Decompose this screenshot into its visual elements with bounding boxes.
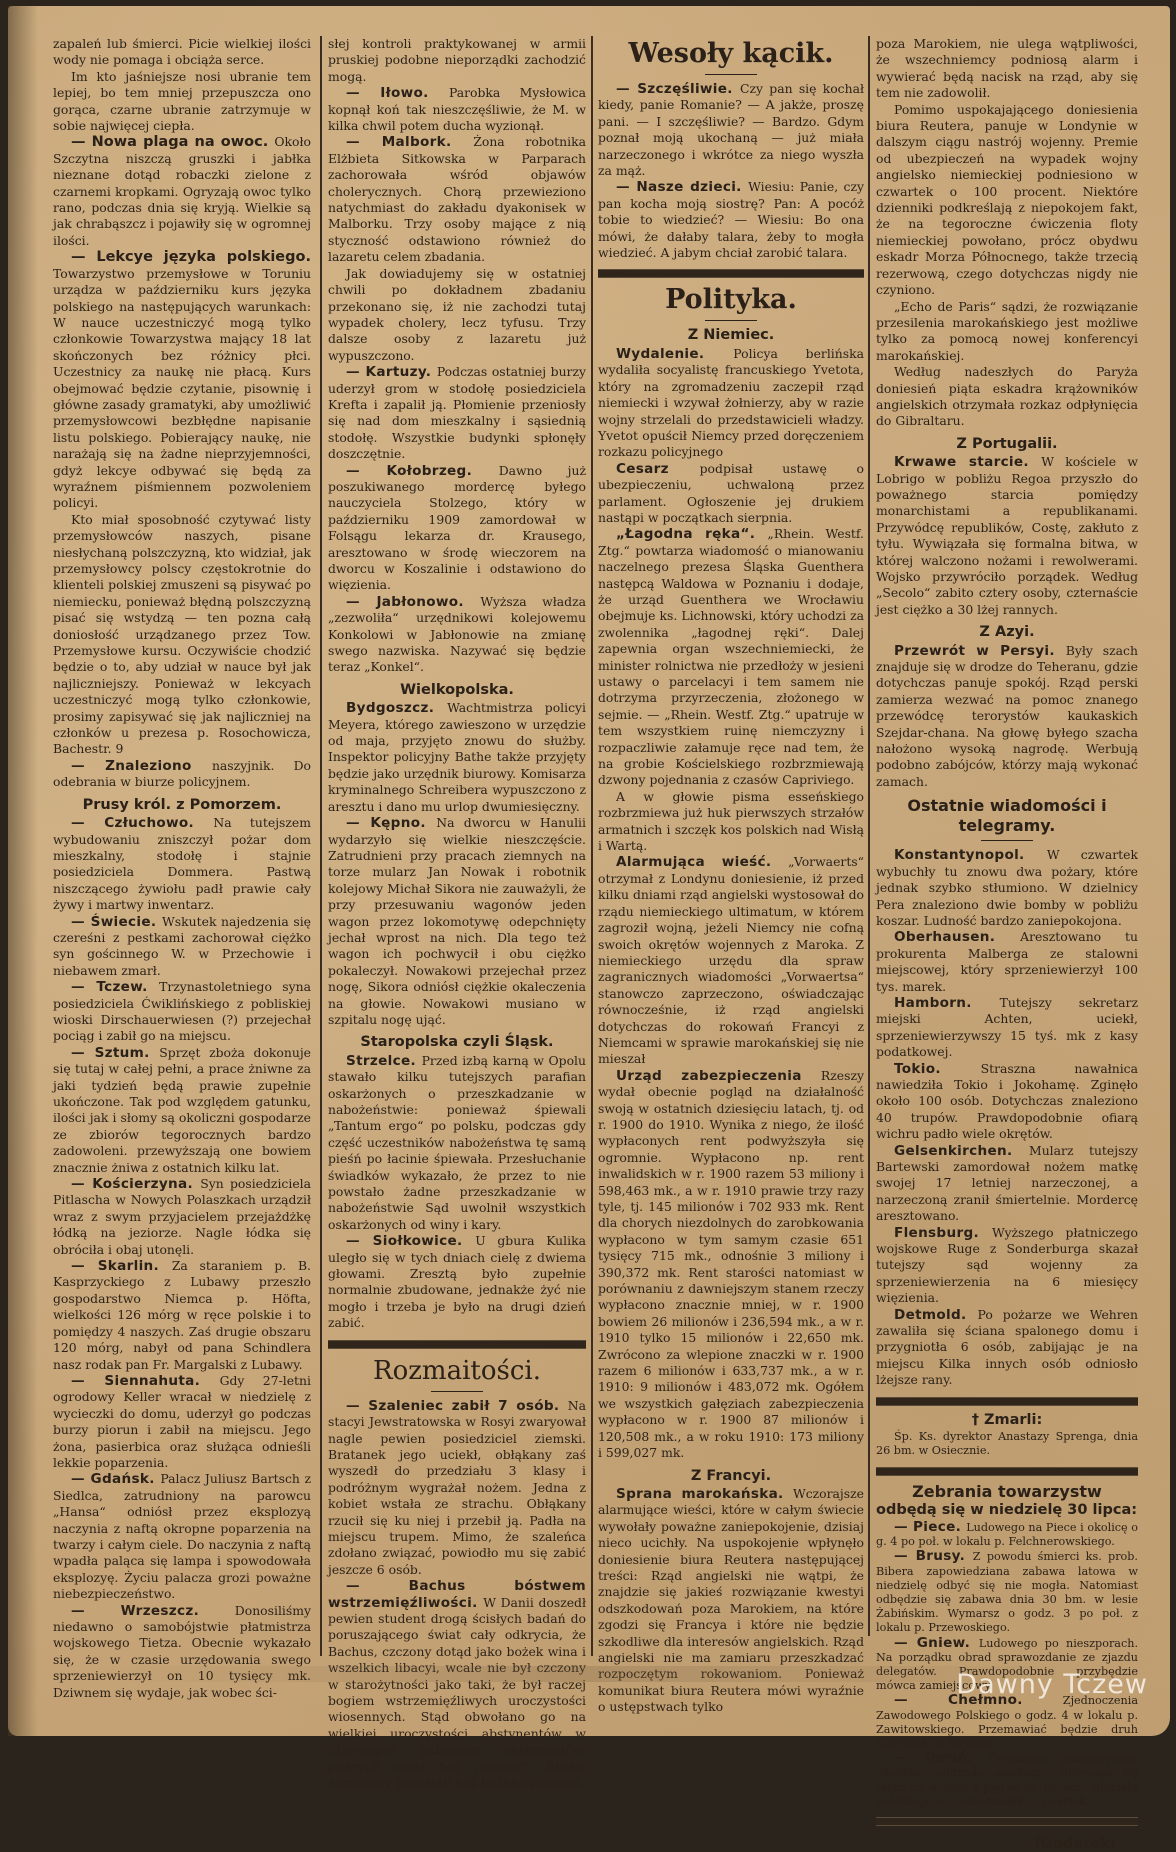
section-heading: Wielkopolska. bbox=[328, 682, 586, 698]
article-keyword: — Jabłonowo. bbox=[346, 594, 480, 610]
article-paragraph: Według nadeszłych do Paryża doniesień pi… bbox=[876, 364, 1138, 430]
article-paragraph: Alarmująca wieść. „Vorwaerts“ otrzymał z… bbox=[598, 854, 864, 1067]
section-headline: Wesoły kącik. bbox=[598, 38, 864, 70]
article-paragraph: „Echo de Paris“ sądzi, że rozwiązanie pr… bbox=[876, 299, 1138, 365]
section-headline: Polityka. bbox=[598, 284, 864, 316]
article-text: „Echo de Paris“ sądzi, że rozwiązanie pr… bbox=[876, 299, 1138, 363]
article-paragraph: Cesarz podpisał ustawę o ubezpieczeniu, … bbox=[598, 461, 864, 527]
section-heading-large: Zebrania towarzystw bbox=[876, 1482, 1138, 1502]
article-keyword: Gelsenkirchen. bbox=[894, 1143, 1029, 1159]
article-paragraph: Detmold. Po pożarze we Wehren zawaliła s… bbox=[876, 1307, 1138, 1389]
article-paragraph: Konstantynopol. W czwartek wybuchły tu z… bbox=[876, 847, 1138, 929]
article-keyword: „Łagodna ręka“. bbox=[616, 526, 767, 542]
article-paragraph: Śp. Ks. dyrektor Anastazy Sprenga, dnia … bbox=[876, 1430, 1138, 1458]
article-keyword: Sprana marokańska. bbox=[616, 1486, 793, 1502]
article-paragraph: — Kartuzy. Podczas ostatniej burzy uderz… bbox=[328, 364, 586, 462]
article-paragraph: Jak dowiadujemy się w ostatniej chwili p… bbox=[328, 266, 586, 364]
article-text: Towarzystwo przemysłowe w Toruniu urządz… bbox=[53, 266, 311, 511]
article-text: Rzeszy wydał obecnie pogląd na działalno… bbox=[598, 1068, 864, 1460]
article-paragraph: Strzelce. Przed izbą karną w Opolu stawa… bbox=[328, 1053, 586, 1233]
article-paragraph: — Bachus bóstwem wstrzemięźliwości. W Da… bbox=[328, 1578, 586, 1750]
article-paragraph: — Lekcye języka polskiego. Towarzystwo p… bbox=[53, 249, 311, 512]
article-text: Za staraniem p. B. Kasprzyckiego z Lubaw… bbox=[53, 1258, 311, 1371]
article-paragraph: — Nowa plaga na owoc. Około Szczytna nis… bbox=[53, 134, 311, 249]
article-keyword: Strzelce. bbox=[346, 1053, 422, 1069]
article-keyword: Oberhausen. bbox=[894, 929, 1020, 945]
article-text: Żona robotnika Elżbieta Sitkowska w Parp… bbox=[328, 134, 586, 264]
article-text: Około Szczytna niszczą gruszki i jabłka … bbox=[53, 134, 311, 247]
article-paragraph: — Sztum. Sprzęt zboża dokonuje się tutaj… bbox=[53, 1045, 311, 1176]
article-paragraph: — Brusy. Z powodu śmierci ks. prob. Bibe… bbox=[876, 1549, 1138, 1635]
article-keyword: — Gdańsk. bbox=[71, 1471, 160, 1487]
article-keyword: — Gniew. bbox=[894, 1635, 979, 1651]
bleed-through-text bbox=[88, 1666, 1088, 1682]
article-text: Sprzęt zboża dokonuje się tutaj w całej … bbox=[53, 1045, 311, 1175]
article-keyword: — Sztum. bbox=[71, 1045, 159, 1061]
article-text: zapaleń lub śmierci. Picie wielkiej iloś… bbox=[53, 36, 311, 67]
article-keyword: — Wrzeszcz. bbox=[71, 1603, 235, 1619]
article-keyword: — Lekcye języka polskiego. bbox=[71, 249, 311, 265]
article-paragraph: — Znaleziono naszyjnik. Do odebrania w b… bbox=[53, 758, 311, 791]
article-paragraph: „Łagodna ręka“. „Rhein. Westf. Ztg.“ pow… bbox=[598, 526, 864, 789]
page-shadow-edge bbox=[8, 6, 38, 1736]
article-text: „Vorwaerts“ otrzymał z Londynu doniesien… bbox=[598, 854, 864, 1066]
article-text: Palacz Juliusz Bartsch z Siedlca, zatrud… bbox=[53, 1471, 311, 1601]
article-text: W kościele w Lobrigo w pobliżu Regoa prz… bbox=[876, 454, 1138, 617]
article-paragraph: Urząd zabezpieczenia Rzeszy wydał obecni… bbox=[598, 1068, 864, 1462]
article-keyword: Przewrót w Persyi. bbox=[894, 643, 1066, 659]
column-1: zapaleń lub śmierci. Picie wielkiej iloś… bbox=[53, 36, 311, 1701]
article-keyword: — Świecie. bbox=[71, 914, 162, 930]
column-divider bbox=[591, 36, 593, 1656]
article-paragraph: — Iłowo. Parobka Mysłowica kopnął koń ta… bbox=[328, 85, 586, 134]
article-paragraph: — Kępno. Na dworcu w Hanulii wydarzyło s… bbox=[328, 815, 586, 1028]
section-rule bbox=[328, 1340, 586, 1349]
section-heading-large: Ostatnie wiadomości i telegramy. bbox=[876, 796, 1138, 836]
article-text: Pomimo uspokajającego doniesienia biura … bbox=[876, 102, 1138, 297]
article-paragraph: poza Marokiem, nie ulega wątpliwości, że… bbox=[876, 36, 1138, 102]
article-keyword: — Tczew. bbox=[71, 979, 159, 995]
article-paragraph: — Malbork. Żona robotnika Elżbieta Sitko… bbox=[328, 134, 586, 265]
article-keyword: Detmold. bbox=[894, 1307, 978, 1323]
article-keyword: — Siołkowice. bbox=[346, 1233, 475, 1249]
article-text: Według nadeszłych do Paryża doniesień pi… bbox=[876, 364, 1138, 428]
article-paragraph: Bydgoszcz. Wachtmistrza policyi Meyera, … bbox=[328, 700, 586, 815]
article-keyword: — Siennahuta. bbox=[71, 1373, 220, 1389]
column-divider bbox=[868, 36, 870, 1636]
section-heading: Prusy król. z Pomorzem. bbox=[53, 797, 311, 813]
headline-underline bbox=[431, 1391, 483, 1392]
article-keyword: — Kościerzyna. bbox=[71, 1176, 200, 1192]
article-keyword: — Kartuzy. bbox=[346, 364, 437, 380]
article-paragraph: Tokio. Straszna nawałnica nawiedziła Tok… bbox=[876, 1061, 1138, 1143]
headline-underline bbox=[705, 320, 757, 321]
column-3: Wesoły kącik.— Szczęśliwie. Czy pan się … bbox=[598, 36, 864, 1716]
article-paragraph: Im kto jaśniejsze nosi ubranie tem lepie… bbox=[53, 69, 311, 135]
article-keyword: Hamborn. bbox=[894, 995, 1000, 1011]
article-keyword: — Nasze dzieci. bbox=[616, 179, 748, 195]
newspaper-page: zapaleń lub śmierci. Picie wielkiej iloś… bbox=[8, 6, 1170, 1736]
article-text: słej kontroli praktykowanej w armii prus… bbox=[328, 36, 586, 84]
column-divider bbox=[320, 36, 322, 1656]
article-paragraph: Krwawe starcie. W kościele w Lobrigo w p… bbox=[876, 454, 1138, 618]
article-keyword: — Znaleziono bbox=[71, 758, 212, 774]
article-keyword: Wydalenie. bbox=[616, 346, 733, 362]
article-paragraph: — Gdańsk. Palacz Juliusz Bartsch z Siedl… bbox=[53, 1471, 311, 1602]
article-paragraph: — Jabłonowo. Wyższa władza „zezwoliła“ u… bbox=[328, 594, 586, 676]
article-keyword: Cesarz bbox=[616, 461, 700, 477]
article-text: „Rhein. Westf. Ztg.“ powtarza wiadomość … bbox=[598, 526, 864, 787]
article-text: Im kto jaśniejsze nosi ubranie tem lepie… bbox=[53, 69, 311, 133]
article-keyword: — Iłowo. bbox=[346, 85, 449, 101]
article-keyword: — Człuchowo. bbox=[71, 815, 213, 831]
subheading: odbędą się w niedzielę 30 lipca: bbox=[876, 1502, 1138, 1518]
article-keyword: — Szaleniec zabił 7 osób. bbox=[346, 1398, 568, 1414]
article-paragraph: — Nasze dzieci. Wiesiu: Panie, czy pan k… bbox=[598, 179, 864, 261]
article-paragraph: A w głowie pisma esseńskiego rozbrzmiewa… bbox=[598, 789, 864, 855]
article-paragraph: słej kontroli praktykowanej w armii prus… bbox=[328, 36, 586, 85]
article-keyword: — Malbork. bbox=[346, 134, 473, 150]
article-text: Na dworcu w Hanulii wydarzyło się wielki… bbox=[328, 815, 586, 1027]
article-paragraph: — Piece. Ludowego na Piece i okolicę o g… bbox=[876, 1520, 1138, 1549]
article-text: Przed izbą karną w Opolu stawało kilku t… bbox=[328, 1053, 586, 1232]
article-paragraph: Kto miał sposobność czytywać listy przem… bbox=[53, 512, 311, 758]
article-keyword: — Piece. bbox=[894, 1519, 966, 1535]
article-text: Na stacyi Jewstratowska w Rosyi zwaryowa… bbox=[328, 1398, 586, 1577]
article-paragraph: Hamborn. Tutejszy sekretarz miejski Acht… bbox=[876, 995, 1138, 1061]
article-paragraph: — Kościerzyna. Syn posiedziciela Pitlasc… bbox=[53, 1176, 311, 1258]
section-headline: Rozmaitości. bbox=[328, 1355, 586, 1387]
section-heading: Staropolska czyli Śląsk. bbox=[328, 1034, 586, 1050]
article-paragraph: — Szaleniec zabił 7 osób. Na stacyi Jews… bbox=[328, 1398, 586, 1578]
headline-underline bbox=[705, 74, 757, 75]
article-keyword: — Nowa plaga na owoc. bbox=[71, 134, 274, 150]
article-paragraph: — Chełmno. Zjednoczenia Zawodowego Polsk… bbox=[876, 1693, 1138, 1750]
column-4: poza Marokiem, nie ulega wątpliwości, że… bbox=[876, 36, 1138, 1750]
article-paragraph: Flensburg. Wyższego płatniczego wojskowe… bbox=[876, 1225, 1138, 1307]
section-heading: Z Portugalii. bbox=[876, 436, 1138, 452]
article-paragraph: — Świecie. Wskutek najedzenia się czereś… bbox=[53, 914, 311, 980]
article-paragraph: Oberhausen. Aresztowano tu prokurenta Ma… bbox=[876, 929, 1138, 995]
article-text: Policya berlińska wydaliła socyalistę fr… bbox=[598, 346, 864, 459]
watermark: Dawny Tczew bbox=[956, 1669, 1148, 1700]
article-keyword: Konstantynopol. bbox=[894, 847, 1047, 863]
article-paragraph: zapaleń lub śmierci. Picie wielkiej iloś… bbox=[53, 36, 311, 69]
section-rule bbox=[876, 1397, 1138, 1406]
section-rule bbox=[598, 269, 864, 278]
article-keyword: Krwawe starcie. bbox=[894, 454, 1041, 470]
article-text: poza Marokiem, nie ulega wątpliwości, że… bbox=[876, 36, 1138, 100]
article-paragraph: — Wrzeszcz. Donosiliśmy niedawno o samob… bbox=[53, 1603, 311, 1701]
article-text: Wachtmistrza policyi Meyera, którego zaw… bbox=[328, 700, 586, 813]
article-keyword: — Szczęśliwie. bbox=[616, 81, 740, 97]
article-keyword: Tokio. bbox=[894, 1061, 981, 1077]
article-keyword: Alarmująca wieść. bbox=[616, 854, 788, 870]
section-rule bbox=[876, 1467, 1138, 1476]
article-keyword: Urząd zabezpieczenia bbox=[616, 1068, 821, 1084]
article-keyword: Bydgoszcz. bbox=[346, 700, 447, 716]
article-keyword: — Kępno. bbox=[346, 815, 436, 831]
section-heading: Z Francyi. bbox=[598, 1468, 864, 1484]
article-keyword: — Skarlin. bbox=[71, 1258, 172, 1274]
column-2: słej kontroli praktykowanej w armii prus… bbox=[328, 36, 586, 1750]
article-text: Jak dowiadujemy się w ostatniej chwili p… bbox=[328, 266, 586, 363]
article-paragraph: Gelsenkirchen. Mularz tutejszy Bartewski… bbox=[876, 1143, 1138, 1225]
headline-underline bbox=[981, 840, 1033, 841]
section-heading: † Zmarli: bbox=[876, 1412, 1138, 1428]
article-paragraph: Wydalenie. Policya berlińska wydaliła so… bbox=[598, 346, 864, 461]
article-text: A w głowie pisma esseńskiego rozbrzmiewa… bbox=[598, 789, 864, 853]
section-heading: Z Azyi. bbox=[876, 624, 1138, 640]
section-heading: Z Niemiec. bbox=[598, 327, 864, 343]
article-text: Dawno już poszukiwanego mordercę byłego … bbox=[328, 463, 586, 593]
article-paragraph: — Siennahuta. Gdy 27-letni ogrodowy Kell… bbox=[53, 1373, 311, 1471]
article-keyword: Flensburg. bbox=[894, 1225, 992, 1241]
article-keyword: — Kołobrzeg. bbox=[346, 463, 499, 479]
article-keyword: — Brusy. bbox=[894, 1548, 973, 1564]
article-paragraph: — Tczew. Trzynastoletniego syna posiedzi… bbox=[53, 979, 311, 1045]
article-text: Śp. Ks. dyrektor Anastazy Sprenga, dnia … bbox=[876, 1430, 1138, 1457]
article-text: Były szach znajduje się w drodze do Tehe… bbox=[876, 643, 1138, 789]
article-paragraph: Przewrót w Persyi. Były szach znajduje s… bbox=[876, 643, 1138, 791]
article-paragraph: — Siołkowice. U gbura Kulika uległo się … bbox=[328, 1233, 586, 1331]
article-text: Kto miał sposobność czytywać listy przem… bbox=[53, 512, 311, 757]
article-paragraph: — Szczęśliwie. Czy pan się kochał kiedy,… bbox=[598, 81, 864, 179]
article-paragraph: — Człuchowo. Na tutejszem wybudowaniu zn… bbox=[53, 815, 311, 913]
article-paragraph: — Kołobrzeg. Dawno już poszukiwanego mor… bbox=[328, 463, 586, 594]
article-paragraph: Pomimo uspokajającego doniesienia biura … bbox=[876, 102, 1138, 299]
article-paragraph: — Skarlin. Za staraniem p. B. Kasprzycki… bbox=[53, 1258, 311, 1373]
